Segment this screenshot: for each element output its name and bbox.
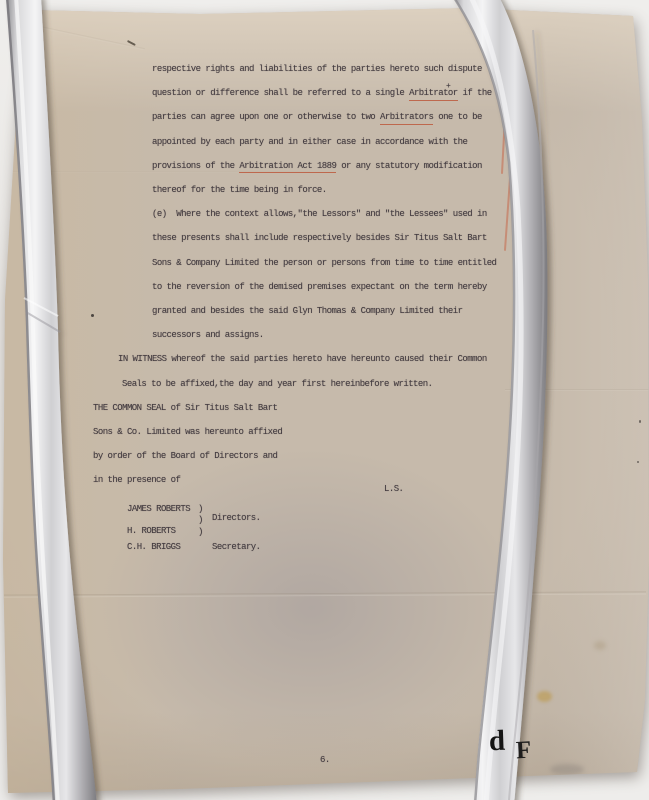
- secretary-label: Secretary.: [212, 542, 261, 552]
- typed-correction-mark: +: [446, 82, 450, 91]
- signature-block: JAMES ROBERTS ) ) Directors. H. ROBERTS …: [127, 500, 367, 560]
- typed-line: Sons & Company Limited the person or per…: [152, 251, 572, 275]
- typed-line: Sons & Co. Limited was hereunto affixed: [93, 420, 572, 444]
- typed-line: appointed by each party and in either ca…: [152, 130, 572, 154]
- director-name: H. ROBERTS: [127, 526, 176, 536]
- printed-stamp-letter: d: [488, 725, 505, 759]
- brace-mark: ): [198, 527, 203, 537]
- typed-line: granted and besides the said Glyn Thomas…: [152, 299, 572, 323]
- typed-line: by order of the Board of Directors and: [93, 444, 572, 468]
- brace-mark: ): [198, 504, 203, 514]
- typed-line: respective rights and liabilities of the…: [152, 57, 572, 81]
- typed-line: Seals to be affixed,the day and year fir…: [122, 372, 572, 396]
- directors-label: Directors.: [212, 513, 261, 523]
- typed-line: successors and assigns.: [152, 323, 572, 347]
- typed-line: to the reversion of the demised premises…: [152, 275, 572, 299]
- brace-mark: ): [198, 515, 203, 525]
- red-underlined-text: Arbitrator: [409, 88, 458, 101]
- typed-line: question or difference shall be referred…: [152, 81, 572, 105]
- typed-line: THE COMMON SEAL of Sir Titus Salt Bart: [93, 396, 572, 420]
- typed-text-block: respective rights and liabilities of the…: [152, 57, 572, 493]
- director-name: JAMES ROBERTS: [127, 504, 190, 514]
- typed-line: in the presence of: [93, 468, 572, 492]
- ls-seal-label: L.S.: [384, 484, 403, 494]
- secretary-name: C.H. BRIGGS: [127, 542, 180, 552]
- typed-line: IN WITNESS whereof the said parties here…: [118, 347, 572, 371]
- red-underlined-text: Arbitrators: [380, 112, 433, 125]
- printed-stamp-letter: F: [515, 737, 532, 766]
- typed-content-layer: respective rights and liabilities of the…: [0, 0, 649, 800]
- typed-line: parties can agree upon one or otherwise …: [152, 105, 572, 129]
- document-photo: respective rights and liabilities of the…: [0, 0, 649, 800]
- red-underlined-text: Arbitration Act 1889: [239, 161, 336, 174]
- typed-line: these presents shall include respectivel…: [152, 226, 572, 250]
- page-number: 6.: [320, 755, 330, 765]
